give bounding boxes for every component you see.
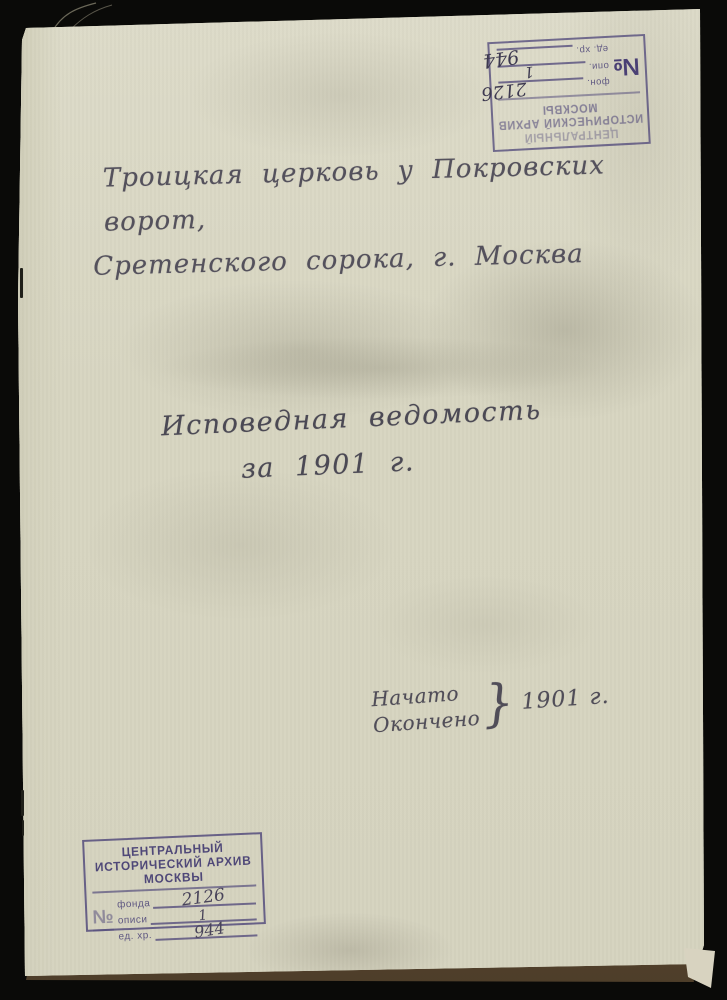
binding-stitch (20, 268, 23, 298)
church-title-line1: Троицкая церковь у Покровских ворот, (90, 143, 622, 245)
binding-stitch (21, 790, 24, 816)
unit-label: ед. хр. (576, 43, 609, 56)
stamp-fields: № фонда 2126 описи 1 (87, 888, 265, 949)
dates-brace: } (481, 673, 516, 734)
opis-label: описи (118, 914, 148, 926)
archival-book-cover-scan: Троицкая церковь у Покровских ворот, Сре… (0, 0, 727, 1000)
unit-number: 944 (192, 918, 225, 942)
fond-label: фонда (117, 898, 151, 910)
archive-stamp-top: ЦЕНТРАЛЬНЫЙ ИСТОРИЧЕСКИЙ АРХИВ МОСКВЫ № … (487, 34, 651, 152)
archive-name: ЦЕНТРАЛЬНЫЙ ИСТОРИЧЕСКИЙ АРХИВ МОСКВЫ (496, 97, 644, 150)
stamp-fields: № фон. 2126 опи. 1 е (489, 36, 646, 97)
stamp-rows: фон. 2126 опи. 1 ед. хр. 94 (497, 43, 611, 97)
archive-stamp-top-box: ЦЕНТРАЛЬНЫЙ ИСТОРИЧЕСКИЙ АРХИВ МОСКВЫ № … (487, 34, 651, 152)
archive-stamp-bottom-box: ЦЕНТРАЛЬНЫЙ ИСТОРИЧЕСКИЙ АРХИВ МОСКВЫ № … (82, 832, 266, 932)
archive-name: ЦЕНТРАЛЬНЫЙ ИСТОРИЧЕСКИЙ АРХИВ МОСКВЫ (89, 834, 258, 888)
subject-inscription: Исповедная ведомость за 1901 г. (160, 388, 544, 497)
opis-label: опи. (588, 60, 609, 72)
stamp-rows: фонда 2126 описи 1 ед. хр. (117, 888, 258, 942)
opis-number: 1 (523, 62, 535, 81)
archive-stamp-bottom: ЦЕНТРАЛЬНЫЙ ИСТОРИЧЕСКИЙ АРХИВ МОСКВЫ № … (82, 832, 266, 932)
dates-labels: Начато Окончено (370, 679, 480, 738)
numero-sign: № (92, 907, 114, 932)
numero-sign: № (612, 52, 640, 81)
dates-year: 1901 г. (521, 683, 611, 714)
binding-stitch (22, 820, 24, 836)
fond-label: фон. (586, 76, 610, 88)
fond-number: 2126 (480, 78, 528, 104)
book-cover: Троицкая церковь у Покровских ворот, Сре… (0, 0, 727, 1000)
church-title-inscription: Троицкая церковь у Покровских ворот, Сре… (90, 143, 623, 289)
unit-fill-line: 944 (155, 919, 258, 940)
unit-label: ед. хр. (118, 930, 152, 942)
dates-inscription: Начато Окончено } 1901 г. (370, 668, 611, 740)
